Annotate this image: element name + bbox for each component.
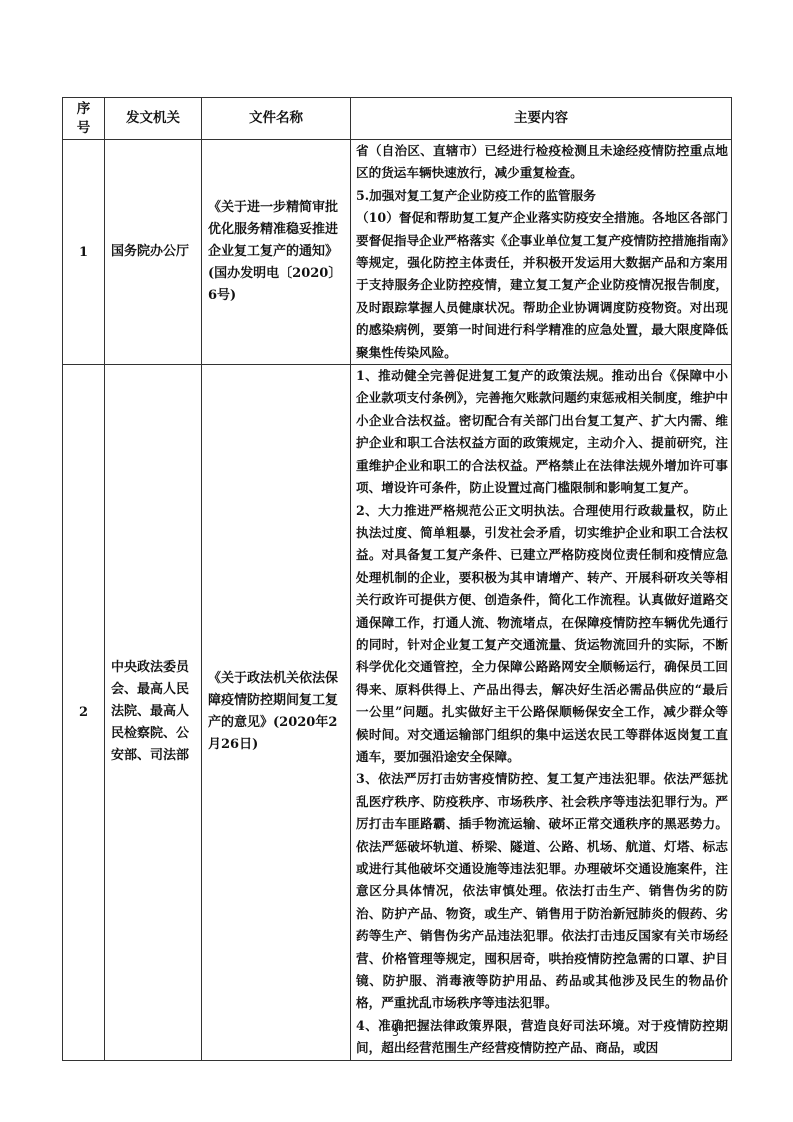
table-row: 1 国务院办公厅 《关于进一步精简审批优化服务精准稳妥推进企业复工复产的通知》(… <box>63 140 732 365</box>
row-document-name: 《关于政法机关依法保障疫情防控期间复工复产的意见》(2020年2月26日) <box>202 365 351 1061</box>
policy-table: 序 号 发文机关 文件名称 主要内容 1 国务院办公厅 《关于进一步精简审批优化… <box>62 97 732 1061</box>
header-main-content: 主要内容 <box>351 98 732 140</box>
content-paragraph: 4、准确把握法律政策界限，营造良好司法环境。对于疫情防控期间，超出经营范围生产经… <box>356 1015 728 1060</box>
header-serial-line2: 号 <box>63 119 104 138</box>
content-paragraph: 1、推动健全完善促进复工复产的政策法规。推动出台《保障中小企业款项支付条例》，完… <box>356 365 728 499</box>
content-paragraph: （10）督促和帮助复工复产企业落实防疫安全措施。各地区各部门要督促指导企业严格落… <box>356 207 728 364</box>
row-main-content: 省（自治区、直辖市）已经进行检疫检测且未途经疫情防控重点地区的货运车辆快速放行，… <box>351 140 732 365</box>
header-serial-number: 序 号 <box>63 98 105 140</box>
header-issuer: 发文机关 <box>105 98 202 140</box>
content-paragraph: 3、依法严厉打击妨害疫情防控、复工复产违法犯罪。依法严惩扰乱医疗秩序、防疫秩序、… <box>356 768 728 1014</box>
content-paragraph: 省（自治区、直辖市）已经进行检疫检测且未途经疫情防控重点地区的货运车辆快速放行，… <box>356 140 728 185</box>
row-issuer: 国务院办公厅 <box>105 140 202 365</box>
content-paragraph: 5.加强对复工复产企业防疫工作的监管服务 <box>356 185 728 207</box>
row-document-name: 《关于进一步精简审批优化服务精准稳妥推进企业复工复产的通知》(国办发明电〔202… <box>202 140 351 365</box>
header-document-name: 文件名称 <box>202 98 351 140</box>
table-row: 2 中央政法委员会、最高人民法院、最高人民检察院、公安部、司法部 《关于政法机关… <box>63 365 732 1061</box>
content-paragraph: 2、大力推进严格规范公正文明执法。合理使用行政裁量权，防止执法过度、简单粗暴，引… <box>356 500 728 769</box>
page-number: 3 <box>392 1026 399 1039</box>
header-serial-line1: 序 <box>63 100 104 119</box>
row-issuer: 中央政法委员会、最高人民法院、最高人民检察院、公安部、司法部 <box>105 365 202 1061</box>
row-serial-number: 2 <box>63 365 105 1061</box>
row-serial-number: 1 <box>63 140 105 365</box>
table-header-row: 序 号 发文机关 文件名称 主要内容 <box>63 98 732 140</box>
row-main-content: 1、推动健全完善促进复工复产的政策法规。推动出台《保障中小企业款项支付条例》，完… <box>351 365 732 1061</box>
